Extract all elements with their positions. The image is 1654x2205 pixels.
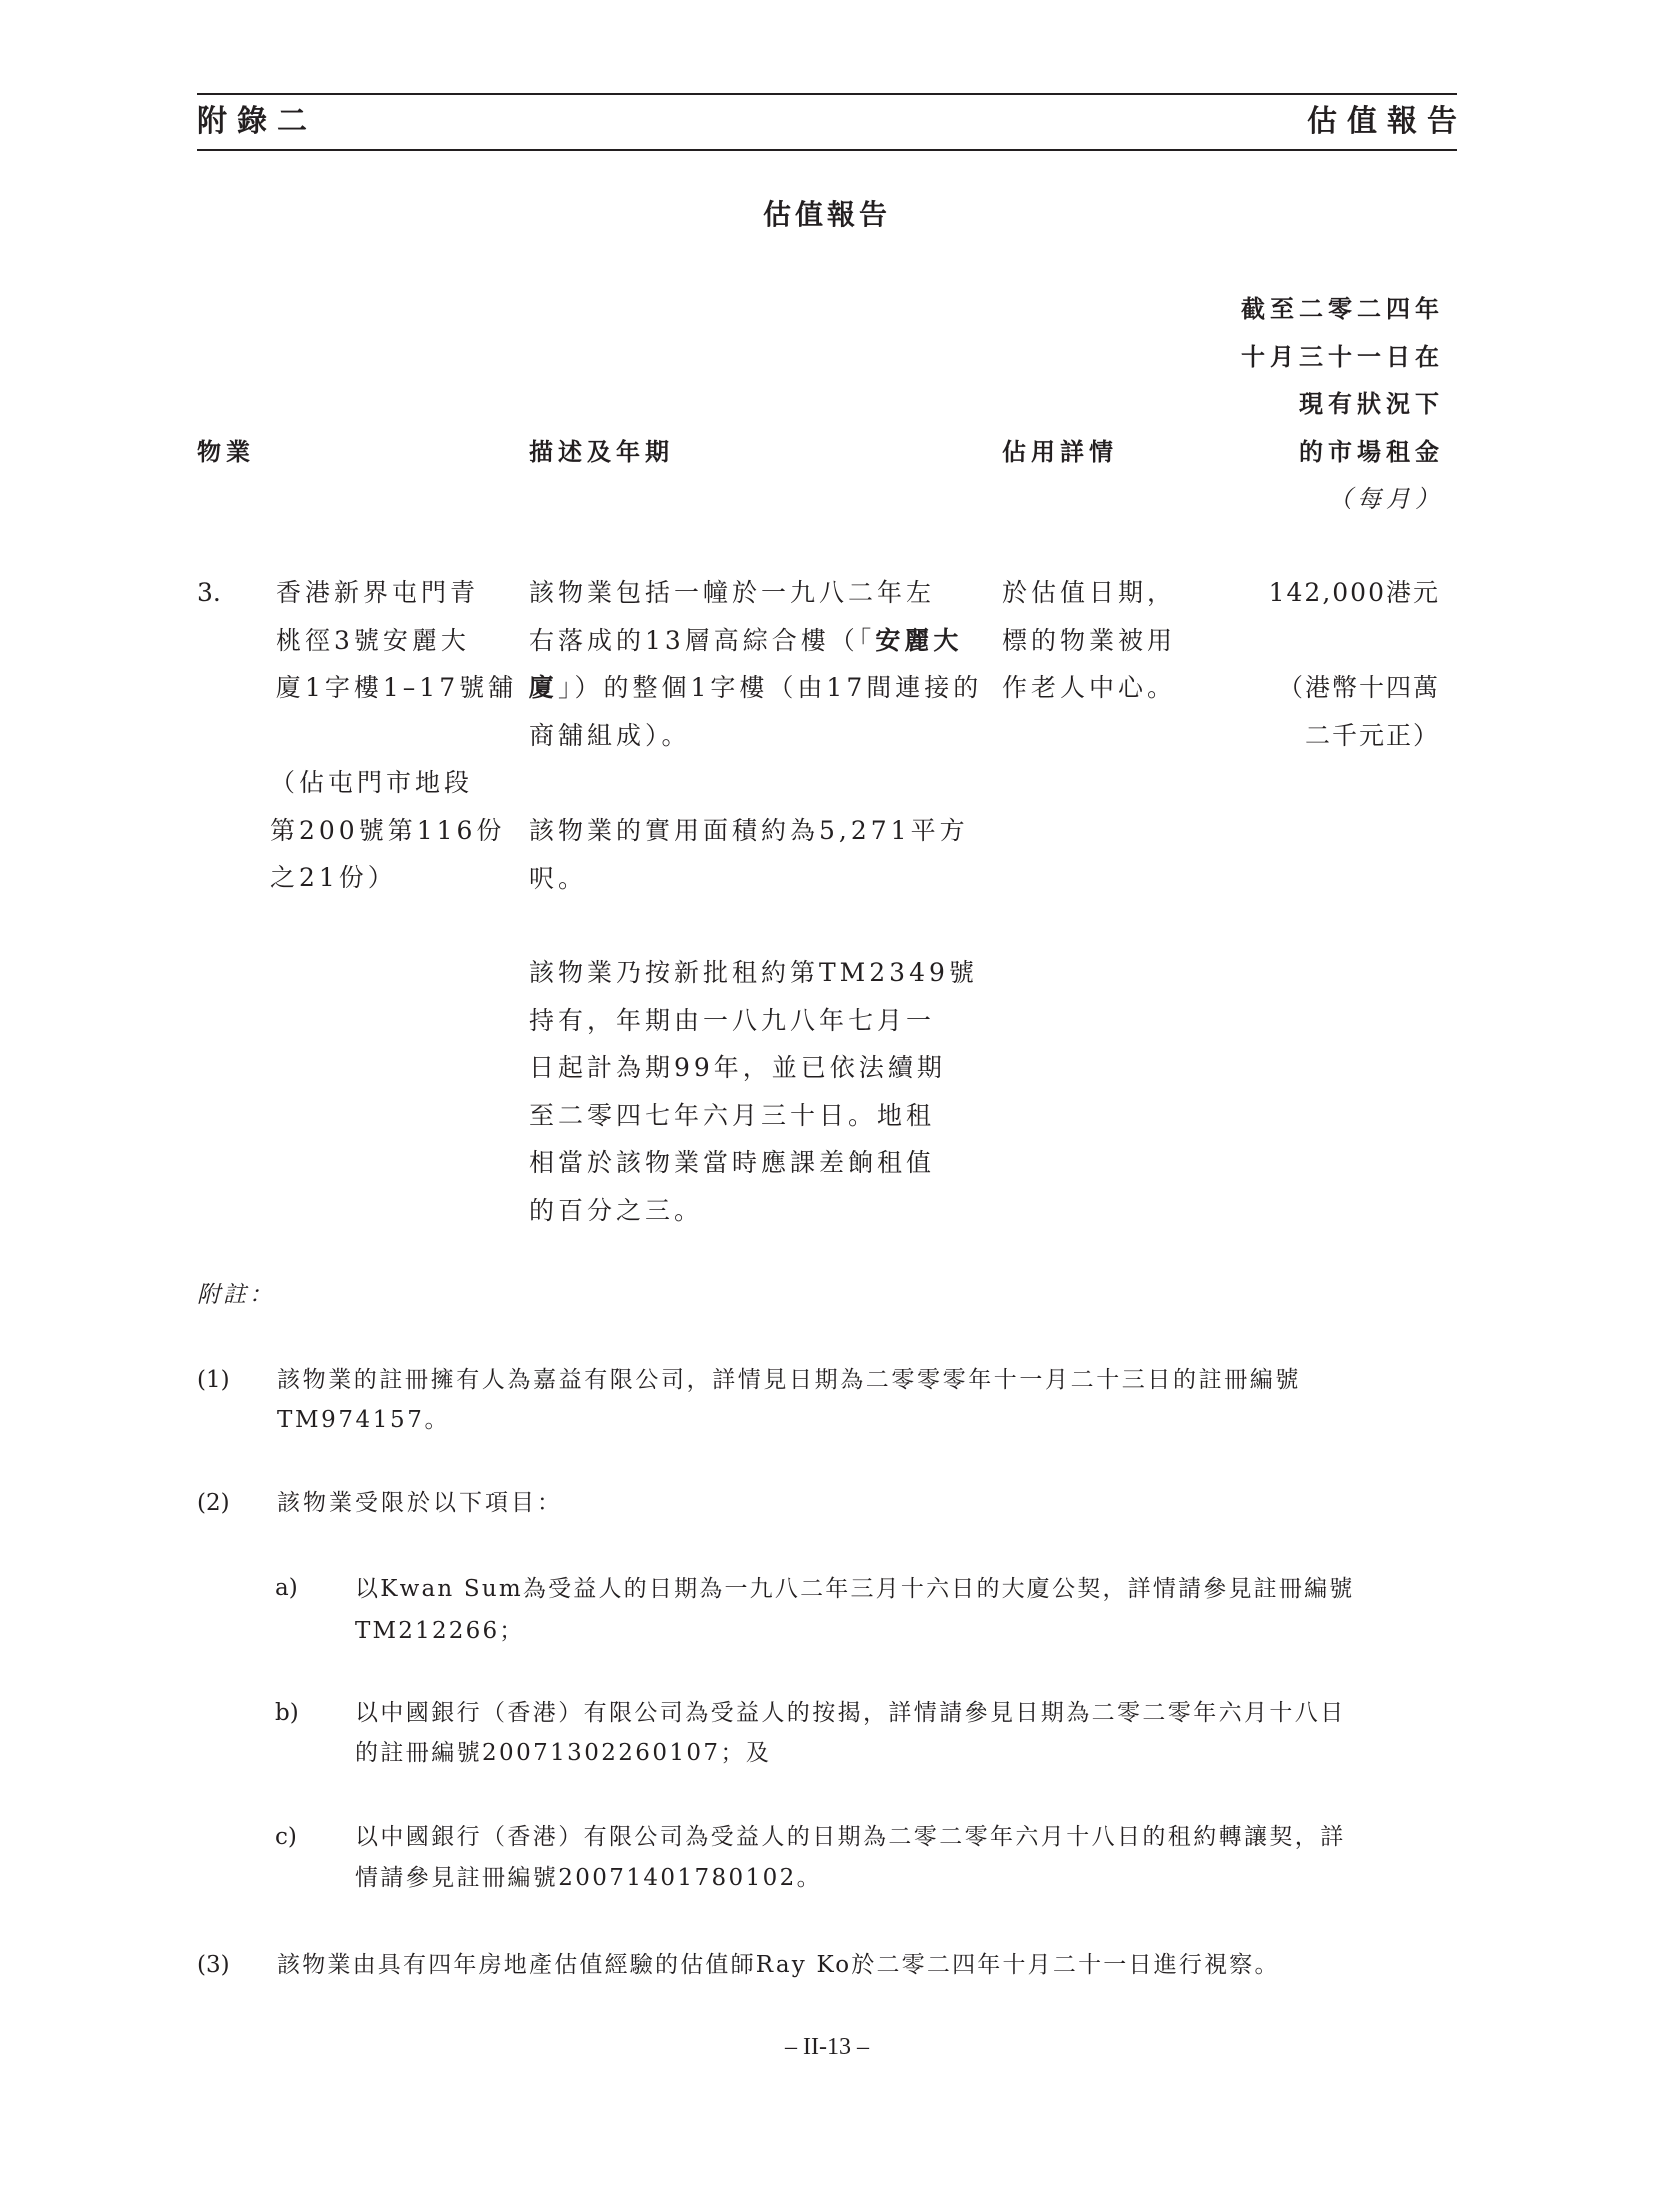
note-text: 該物業受限於以下項目： — [277, 1483, 563, 1523]
row-number: 3. — [197, 569, 221, 617]
column-header-description: 描述及年期 — [529, 429, 674, 477]
market-rent: 142,000港元 （港幣十四萬 二千元正） — [1269, 569, 1440, 759]
text-run: 右落成的13層高綜合樓（「 — [529, 626, 875, 655]
description-line: 相當於該物業當時應課差餉租值 — [529, 1139, 978, 1187]
subitem-label: a) — [275, 1568, 298, 1608]
header-top-rule — [197, 93, 1457, 95]
property-address: 香港新界屯門青 桃徑3號安麗大 廈1字樓1–17號舖 — [276, 569, 517, 712]
description-line: 該物業乃按新批租約第TM2349號 — [529, 949, 978, 997]
description-line: 該物業的實用面積約為5,271平方 — [529, 807, 969, 855]
column-header-rent: 截至二零二四年 十月三十一日在 現有狀況下 的市場租金 （每月） — [1184, 286, 1444, 524]
notes-heading: 附註： — [197, 1275, 275, 1315]
description-line: 呎。 — [529, 855, 969, 903]
rent-words-line: （港幣十四萬 — [1269, 664, 1440, 712]
note-label: (1) — [197, 1360, 230, 1400]
building-name: 安麗大 — [875, 626, 962, 655]
column-header-property: 物業 — [197, 429, 255, 477]
appendix-label: 附錄二 — [197, 102, 317, 142]
page-number: – II-13 – — [0, 2032, 1654, 2062]
description-line: 日起計為期99年，並已依法續期 — [529, 1044, 978, 1092]
note-line: 該物業的註冊擁有人為嘉益有限公司，詳情見日期為二零零零年十一月二十三日的註冊編號 — [277, 1360, 1301, 1400]
note-line: 的註冊編號20071302260107；及 — [355, 1733, 1346, 1773]
note-line: 以Kwan Sum為受益人的日期為一九八二年三月十六日的大廈公契，詳情請參見註冊… — [355, 1568, 1355, 1610]
description-line: 商舖組成）。 — [529, 712, 982, 760]
property-line: （佔屯門市地段 — [270, 759, 505, 807]
occupancy-line: 標的物業被用 — [1002, 617, 1176, 665]
description-para-2: 該物業的實用面積約為5,271平方 呎。 — [529, 807, 969, 902]
occupancy-line: 作老人中心。 — [1002, 664, 1176, 712]
note-line: 情請參見註冊編號20071401780102。 — [355, 1858, 1346, 1899]
column-header-occupancy: 佔用詳情 — [1002, 429, 1118, 477]
rent-header-line: 截至二零二四年 — [1184, 286, 1444, 334]
property-line: 廈1字樓1–17號舖 — [276, 664, 517, 712]
section-label: 估值報告 — [1307, 102, 1467, 142]
building-name: 廈 — [529, 673, 558, 702]
description-para-1: 該物業包括一幢於一九八二年左 右落成的13層高綜合樓（「安麗大 廈」）的整個1字… — [529, 569, 982, 759]
occupancy-line: 於估值日期， — [1002, 569, 1176, 617]
rent-words-line: 二千元正） — [1269, 712, 1440, 760]
rent-header-line: 的市場租金 — [1184, 429, 1444, 477]
description-line: 右落成的13層高綜合樓（「安麗大 — [529, 617, 982, 665]
rent-value: 142,000港元 — [1269, 569, 1440, 617]
property-line: 香港新界屯門青 — [276, 569, 517, 617]
property-line: 第200號第116份 — [270, 807, 505, 855]
note-line: TM212266； — [355, 1610, 1355, 1652]
description-line: 的百分之三。 — [529, 1187, 978, 1235]
description-line: 廈」）的整個1字樓（由17間連接的 — [529, 664, 982, 712]
description-line: 持有，年期由一八九八年七月一 — [529, 997, 978, 1045]
note-text: 該物業由具有四年房地產估值經驗的估值師Ray Ko於二零二四年十月二十一日進行視… — [277, 1945, 1280, 1985]
subitem-label: c) — [275, 1817, 297, 1857]
header-bottom-rule — [197, 149, 1457, 151]
occupancy-details: 於估值日期， 標的物業被用 作老人中心。 — [1002, 569, 1176, 712]
description-line: 至二零四七年六月三十日。地租 — [529, 1092, 978, 1140]
rent-header-unit: （每月） — [1184, 476, 1444, 524]
subitem-label: b) — [275, 1693, 299, 1733]
rent-header-line: 十月三十一日在 — [1184, 334, 1444, 382]
note-label: (2) — [197, 1483, 230, 1523]
text-run: 」）的整個1字樓（由17間連接的 — [558, 673, 982, 702]
note-line: 以中國銀行（香港）有限公司為受益人的按揭，詳情請參見日期為二零二零年六月十八日 — [355, 1693, 1346, 1733]
page-title: 估值報告 — [0, 195, 1654, 235]
rent-header-line: 現有狀況下 — [1184, 381, 1444, 429]
property-line: 桃徑3號安麗大 — [276, 617, 517, 665]
property-share: （佔屯門市地段 第200號第116份 之21份） — [270, 759, 505, 902]
subitem-text: 以中國銀行（香港）有限公司為受益人的按揭，詳情請參見日期為二零二零年六月十八日 … — [355, 1693, 1346, 1773]
note-text: 該物業的註冊擁有人為嘉益有限公司，詳情見日期為二零零零年十一月二十三日的註冊編號… — [277, 1360, 1301, 1440]
description-line: 該物業包括一幢於一九八二年左 — [529, 569, 982, 617]
subitem-text: 以Kwan Sum為受益人的日期為一九八二年三月十六日的大廈公契，詳情請參見註冊… — [355, 1568, 1355, 1652]
note-line: 以中國銀行（香港）有限公司為受益人的日期為二零二零年六月十八日的租約轉讓契，詳 — [355, 1817, 1346, 1858]
property-line: 之21份） — [270, 854, 505, 902]
note-label: (3) — [197, 1945, 230, 1985]
rent-spacer — [1269, 617, 1440, 665]
note-line: TM974157。 — [277, 1400, 1301, 1440]
description-para-3: 該物業乃按新批租約第TM2349號 持有，年期由一八九八年七月一 日起計為期99… — [529, 949, 978, 1234]
subitem-text: 以中國銀行（香港）有限公司為受益人的日期為二零二零年六月十八日的租約轉讓契，詳 … — [355, 1817, 1346, 1899]
